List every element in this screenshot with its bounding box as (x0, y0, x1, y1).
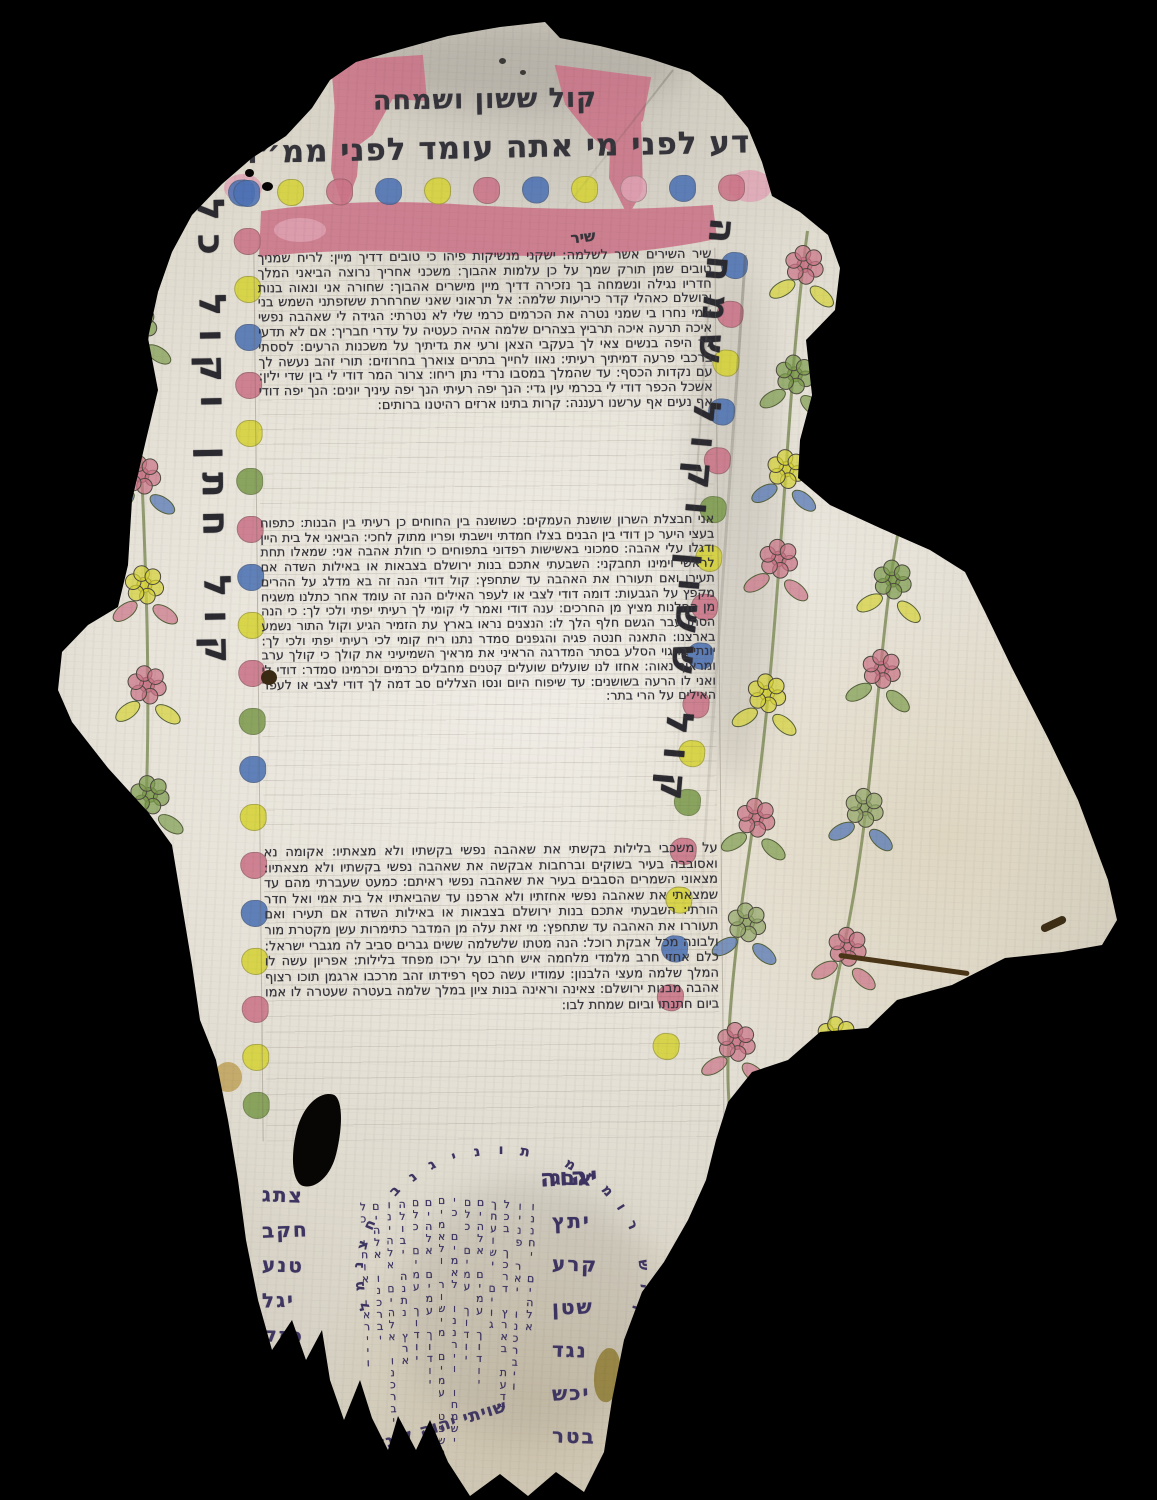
psalm-arch-char: י (450, 1149, 459, 1165)
ornament-dot (473, 177, 500, 204)
main-title: קול ששון ושמחה (330, 82, 640, 117)
menorah-branch: ארץ נתנה יבולה יברכנו אלהים אלהינו (386, 1198, 413, 1438)
menorah-branch: אלהים יחננו ויברכנו יאר פניו אתנו סלה (510, 1200, 540, 1423)
ornament-dot (669, 175, 696, 202)
psalm-arch-char: ש (634, 1259, 651, 1271)
ornament-dot (718, 174, 745, 201)
section-word-shir: שיר (547, 224, 619, 250)
holy-name-triplet: נגד (552, 1337, 589, 1362)
manuscript-photo: קול ששון ושמחה דע לפני מי אתה עומד לפני … (0, 0, 1157, 1500)
holy-name-triplet: יכש (552, 1380, 591, 1405)
ornament-dot (620, 175, 647, 202)
holy-name-triplet: טנע (262, 1252, 305, 1277)
ochre-patch (590, 1346, 625, 1404)
ornament-dot (234, 228, 261, 255)
psalm-arch-char: ג (426, 1157, 439, 1174)
psalm-arch-char: ו (613, 1201, 629, 1214)
ornament-dot (233, 180, 260, 207)
text-block-chapter-1: שיר השירים אשר לשלמה: ישקני מנשיקות פיהו… (257, 248, 714, 511)
psalm-arch-char: ו (499, 1142, 504, 1158)
ink-speck (520, 70, 526, 75)
ornament-dot (326, 178, 353, 205)
parchment-sheet: קול ששון ושמחה דע לפני מי אתה עומד לפני … (0, 0, 1157, 1500)
ochre-patch (640, 1432, 682, 1466)
ornament-dot (571, 176, 598, 203)
psalm-arch-char: ב (386, 1182, 404, 1199)
ornament-dot (522, 176, 549, 203)
crack-small (1040, 915, 1068, 934)
holy-name-triplet: בטר (552, 1423, 597, 1449)
psalm-arch-char: י (634, 1283, 650, 1289)
holy-name-triplet: חקב (262, 1217, 309, 1243)
holy-name-triplet: פזק (262, 1322, 305, 1347)
holy-name-triplet: שקו (262, 1357, 306, 1382)
holy-name-triplet: צתג (262, 1182, 304, 1207)
main-text-area: שיר השירים אשר לשלמה: ישקני מנשיקות פיהו… (253, 248, 724, 1142)
flower-column (86, 184, 205, 1066)
ornament-dot (424, 177, 451, 204)
psalm-arch-char: ת (519, 1143, 531, 1160)
psalm-arch-char: נ (473, 1143, 482, 1160)
psalm-arch-char: נ (405, 1168, 420, 1184)
text-block-chapter-3: על משכבי בלילות בקשתי את שאהבה נפשי בקשת… (264, 841, 721, 1142)
menorah-branch: יודוך עמים אלהים יודוך עמים כלם (413, 1196, 437, 1450)
text-block-chapter-2: אני חבצלת השרון שושנת העמקים: כשושנה בין… (260, 512, 717, 839)
ornament-dots-top (228, 174, 745, 206)
holy-name-triplet: שטן (552, 1294, 594, 1319)
subtitle-know-before-whom: דע לפני מי אתה עומד לפני ממ״הם (208, 124, 757, 171)
holy-name-triplet: קרע (552, 1251, 599, 1277)
ink-speck (499, 58, 506, 64)
holy-name-triplet: אבג (552, 1165, 595, 1190)
holy-name-triplet: יתץ (552, 1208, 592, 1233)
menorah-branch: יברכנו אלהים וייראו אותו כל אפסי ארץ (360, 1200, 390, 1425)
psalm-arch-char: ר (623, 1218, 641, 1232)
ornament-dot (277, 179, 304, 206)
holy-name-triplet: יגל (262, 1287, 296, 1312)
ornament-dot (375, 178, 402, 205)
psalm-arch-char: ר (629, 1299, 647, 1312)
